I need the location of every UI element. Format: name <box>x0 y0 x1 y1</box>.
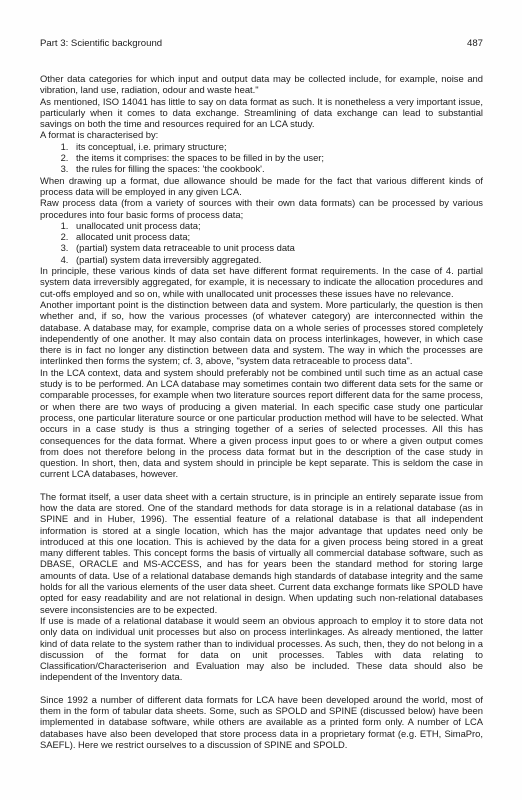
paragraph: In the LCA context, data and system shou… <box>40 367 483 480</box>
paragraph: When drawing up a format, due allowance … <box>40 175 483 198</box>
header-section-title: Part 3: Scientific background <box>40 38 162 49</box>
numbered-list-format-characteristics: its conceptual, i.e. primary structure; … <box>40 141 483 175</box>
list-item: (partial) system data retraceable to uni… <box>71 242 483 253</box>
paragraph: Raw process data (from a variety of sour… <box>40 197 483 220</box>
list-item: its conceptual, i.e. primary structure; <box>71 141 483 152</box>
list-item: the items it comprises: the spaces to be… <box>71 152 483 163</box>
list-item: the rules for filling the spaces: 'the c… <box>71 163 483 174</box>
paragraph: Since 1992 a number of different data fo… <box>40 694 483 750</box>
paragraph: Other data categories for which input an… <box>40 73 483 96</box>
running-header: Part 3: Scientific background 487 <box>40 38 483 49</box>
list-item: allocated unit process data; <box>71 231 483 242</box>
document-page: Part 3: Scientific background 487 Other … <box>0 0 522 800</box>
paragraph: The format itself, a user data sheet wit… <box>40 491 483 615</box>
list-item: (partial) system data irreversibly aggre… <box>71 254 483 265</box>
page-body-text: Other data categories for which input an… <box>40 73 483 750</box>
paragraph: If use is made of a relational database … <box>40 615 483 683</box>
paragraph: In principle, these various kinds of dat… <box>40 265 483 299</box>
paragraph: Another important point is the distincti… <box>40 299 483 367</box>
paragraph: A format is characterised by: <box>40 129 483 140</box>
numbered-list-process-data-forms: unallocated unit process data; allocated… <box>40 220 483 265</box>
header-page-number: 487 <box>467 38 483 49</box>
list-item: unallocated unit process data; <box>71 220 483 231</box>
paragraph: As mentioned, ISO 14041 has little to sa… <box>40 96 483 130</box>
